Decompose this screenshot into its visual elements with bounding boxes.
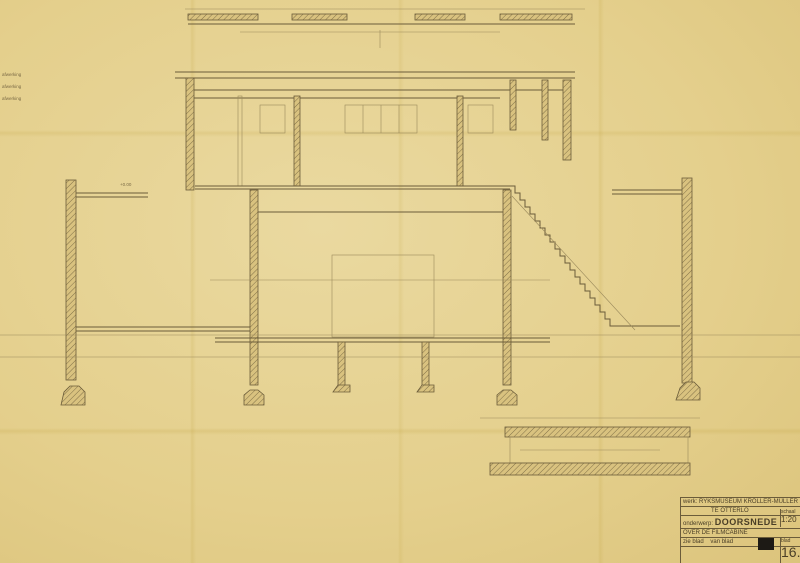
scale-value: 1:20 — [781, 515, 800, 524]
title-block: werk: RYKSMUSEUM KRÖLLER-MÜLLER TE OTTER… — [680, 497, 800, 563]
stamp-block — [758, 538, 774, 550]
scale-box: schaal 1:20 — [780, 509, 800, 527]
sheet-number: 16. — [781, 544, 800, 560]
note-left-3: afwerking — [2, 96, 21, 101]
subject-label: onderwerp: — [683, 521, 713, 527]
client-name: werk: RYKSMUSEUM KRÖLLER-MÜLLER — [681, 498, 800, 507]
stair-plan — [480, 418, 700, 475]
zie-blad-label: zie blad — [683, 539, 704, 545]
van-blad-label: van blad — [710, 539, 733, 545]
note-left-1: afwerking — [2, 72, 21, 77]
level-mark: +0.00 — [120, 182, 131, 187]
section-drawing — [0, 0, 800, 563]
section-main — [0, 72, 800, 405]
subject: DOORSNEDE — [715, 517, 778, 527]
note-left-2: afwerking — [2, 84, 21, 89]
sheet-number-box: blad 16. — [780, 538, 800, 563]
drawing-sheet: afwerking afwerking afwerking +0.00 werk… — [0, 0, 800, 563]
plan-strip-top — [185, 9, 585, 48]
subtitle: OVER DE FILMCABINE — [681, 529, 800, 538]
